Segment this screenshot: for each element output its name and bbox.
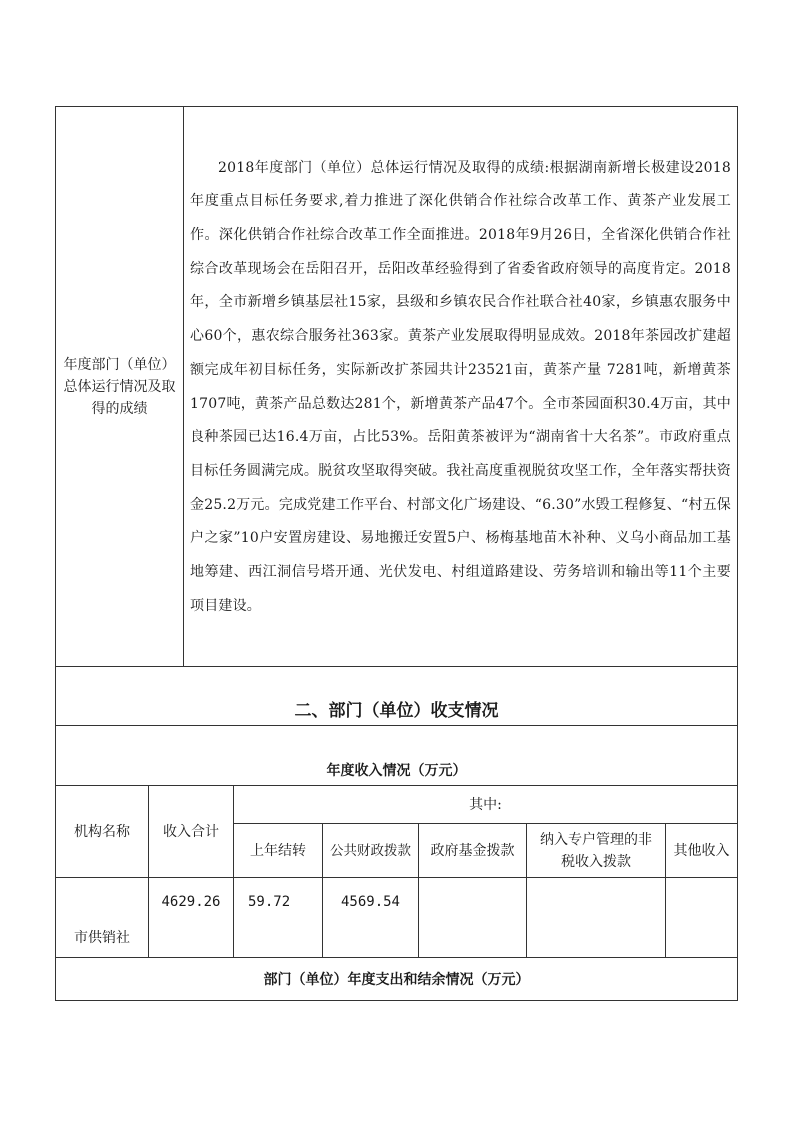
header-other: 其他收入 xyxy=(666,824,738,878)
table-row: 市供销社 4629.26 59.72 4569.54 xyxy=(56,878,738,958)
performance-text: 2018年度部门（单位）总体运行情况及取得的成绩:根据湖南新增长极建设2018年… xyxy=(184,107,738,667)
header-of-which: 其中: xyxy=(234,786,738,824)
expense-title: 部门（单位）年度支出和结余情况（万元） xyxy=(56,958,738,1001)
header-total: 收入合计 xyxy=(149,786,234,878)
cell-special-account xyxy=(527,878,666,958)
cell-total: 4629.26 xyxy=(149,878,234,958)
cell-other xyxy=(666,878,738,958)
header-public-finance: 公共财政拨款 xyxy=(323,824,419,878)
cell-org-name: 市供销社 xyxy=(56,878,149,958)
cell-carryover: 59.72 xyxy=(234,878,323,958)
header-gov-fund: 政府基金拨款 xyxy=(419,824,527,878)
header-special-account: 纳入专户管理的非税收入拨款 xyxy=(527,824,666,878)
performance-table: 年度部门（单位）总体运行情况及取得的成绩 2018年度部门（单位）总体运行情况及… xyxy=(55,106,738,667)
cell-public-finance: 4569.54 xyxy=(323,878,419,958)
header-carryover: 上年结转 xyxy=(234,824,323,878)
income-title: 年度收入情况（万元） xyxy=(56,726,738,786)
document-table: 年度部门（单位）总体运行情况及取得的成绩 2018年度部门（单位）总体运行情况及… xyxy=(55,106,737,1001)
cell-gov-fund xyxy=(419,878,527,958)
header-org-name: 机构名称 xyxy=(56,786,149,878)
performance-label: 年度部门（单位）总体运行情况及取得的成绩 xyxy=(56,107,184,667)
section-title: 二、部门（单位）收支情况 xyxy=(56,667,738,726)
income-table: 二、部门（单位）收支情况 年度收入情况（万元） 机构名称 收入合计 其中: 上年… xyxy=(55,666,738,1001)
